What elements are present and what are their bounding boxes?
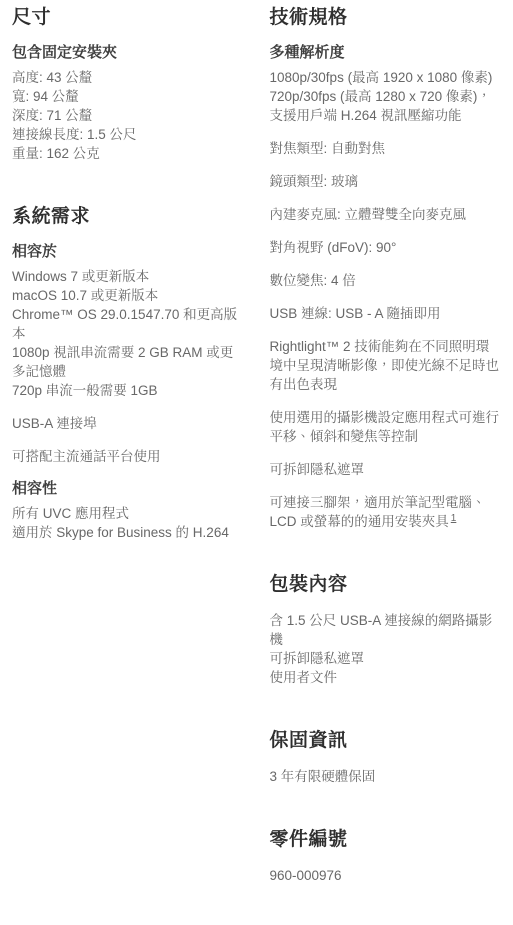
ram-requirement-720p: 720p 串流一般需要 1GB — [12, 381, 244, 400]
dimensions-list: 高度: 43 公釐 寬: 94 公釐 深度: 71 公釐 連接線長度: 1.5 … — [12, 68, 244, 163]
part-number-heading: 零件編號 — [270, 828, 502, 851]
dimension-cable-length: 連接線長度: 1.5 公尺 — [12, 125, 244, 144]
spec-page: 尺寸 包含固定安裝夾 高度: 43 公釐 寬: 94 公釐 深度: 71 公釐 … — [0, 0, 513, 925]
warranty-text: 3 年有限硬體保固 — [270, 767, 502, 786]
left-column: 尺寸 包含固定安裝夾 高度: 43 公釐 寬: 94 公釐 深度: 71 公釐 … — [12, 6, 244, 899]
section-system-requirements: 系統需求 相容於 Windows 7 或更新版本 macOS 10.7 或更新版… — [12, 205, 244, 542]
dimensions-subheading: 包含固定安裝夾 — [12, 44, 244, 62]
footnote-link[interactable]: 1 — [451, 513, 457, 524]
package-contents-heading: 包裝內容 — [270, 573, 502, 596]
compatible-with-subheading: 相容於 — [12, 243, 244, 261]
package-item-privacy-shutter: 可拆卸隱私遮罩 — [270, 649, 502, 668]
dimension-width: 寬: 94 公釐 — [12, 87, 244, 106]
package-item-webcam: 含 1.5 公尺 USB-A 連接線的網路攝影機 — [270, 611, 502, 649]
compatibility-skype: 適用於 Skype for Business 的 H.264 — [12, 523, 244, 542]
port-requirement: USB-A 連接埠 — [12, 414, 244, 433]
spec-focus-type: 對焦類型: 自動對焦 — [270, 139, 502, 158]
spec-camera-settings-app: 使用選用的攝影機設定應用程式可進行平移、傾斜和變焦等控制 — [270, 408, 502, 446]
section-dimensions: 尺寸 包含固定安裝夾 高度: 43 公釐 寬: 94 公釐 深度: 71 公釐 … — [12, 6, 244, 163]
spec-field-of-view: 對角視野 (dFoV): 90° — [270, 238, 502, 257]
platform-compatibility: 可搭配主流通話平台使用 — [12, 447, 244, 466]
package-contents-list: 含 1.5 公尺 USB-A 連接線的網路攝影機 可拆卸隱私遮罩 使用者文件 — [270, 611, 502, 687]
section-warranty: 保固資訊 3 年有限硬體保固 — [270, 729, 502, 786]
warranty-heading: 保固資訊 — [270, 729, 502, 752]
section-part-number: 零件編號 960-000976 — [270, 828, 502, 885]
spec-digital-zoom: 數位變焦: 4 倍 — [270, 271, 502, 290]
resolution-1080p: 1080p/30fps (最高 1920 x 1080 像素) — [270, 68, 502, 87]
os-requirements-list: Windows 7 或更新版本 macOS 10.7 或更新版本 Chrome™… — [12, 267, 244, 400]
compatibility-subheading: 相容性 — [12, 480, 244, 498]
dimension-depth: 深度: 71 公釐 — [12, 106, 244, 125]
spec-tripod-mounting: 可連接三腳架，適用於筆記型電腦、LCD 或螢幕的的通用安裝夾具1 — [270, 493, 502, 531]
dimension-height: 高度: 43 公釐 — [12, 68, 244, 87]
spec-usb-connection: USB 連線: USB - A 隨插即用 — [270, 304, 502, 323]
os-requirement-macos: macOS 10.7 或更新版本 — [12, 286, 244, 305]
spec-rightlight: Rightlight™ 2 技術能夠在不同照明環境中呈現清晰影像，即使光線不足時… — [270, 337, 502, 394]
spec-built-in-mic: 內建麥克風: 立體聲雙全向麥克風 — [270, 205, 502, 224]
right-column: 技術規格 多種解析度 1080p/30fps (最高 1920 x 1080 像… — [270, 6, 502, 899]
system-requirements-heading: 系統需求 — [12, 205, 244, 228]
spec-privacy-shutter: 可拆卸隱私遮罩 — [270, 460, 502, 479]
compatibility-uvc: 所有 UVC 應用程式 — [12, 504, 244, 523]
dimensions-heading: 尺寸 — [12, 6, 244, 29]
compatibility-list: 所有 UVC 應用程式 適用於 Skype for Business 的 H.2… — [12, 504, 244, 542]
package-item-documentation: 使用者文件 — [270, 668, 502, 687]
os-requirement-chromeos: Chrome™ OS 29.0.1547.70 和更高版本 — [12, 305, 244, 343]
part-number-value: 960-000976 — [270, 866, 502, 885]
section-package-contents: 包裝內容 含 1.5 公尺 USB-A 連接線的網路攝影機 可拆卸隱私遮罩 使用… — [270, 573, 502, 687]
spec-lens-type: 鏡頭類型: 玻璃 — [270, 172, 502, 191]
section-tech-specs: 技術規格 多種解析度 1080p/30fps (最高 1920 x 1080 像… — [270, 6, 502, 531]
ram-requirement-1080p: 1080p 視訊串流需要 2 GB RAM 或更多記憶體 — [12, 343, 244, 381]
resolution-720p: 720p/30fps (最高 1280 x 720 像素)，支援用戶端 H.26… — [270, 87, 502, 125]
tech-specs-heading: 技術規格 — [270, 6, 502, 29]
os-requirement-windows: Windows 7 或更新版本 — [12, 267, 244, 286]
dimension-weight: 重量: 162 公克 — [12, 144, 244, 163]
resolutions-list: 1080p/30fps (最高 1920 x 1080 像素) 720p/30f… — [270, 68, 502, 125]
resolutions-subheading: 多種解析度 — [270, 44, 502, 62]
